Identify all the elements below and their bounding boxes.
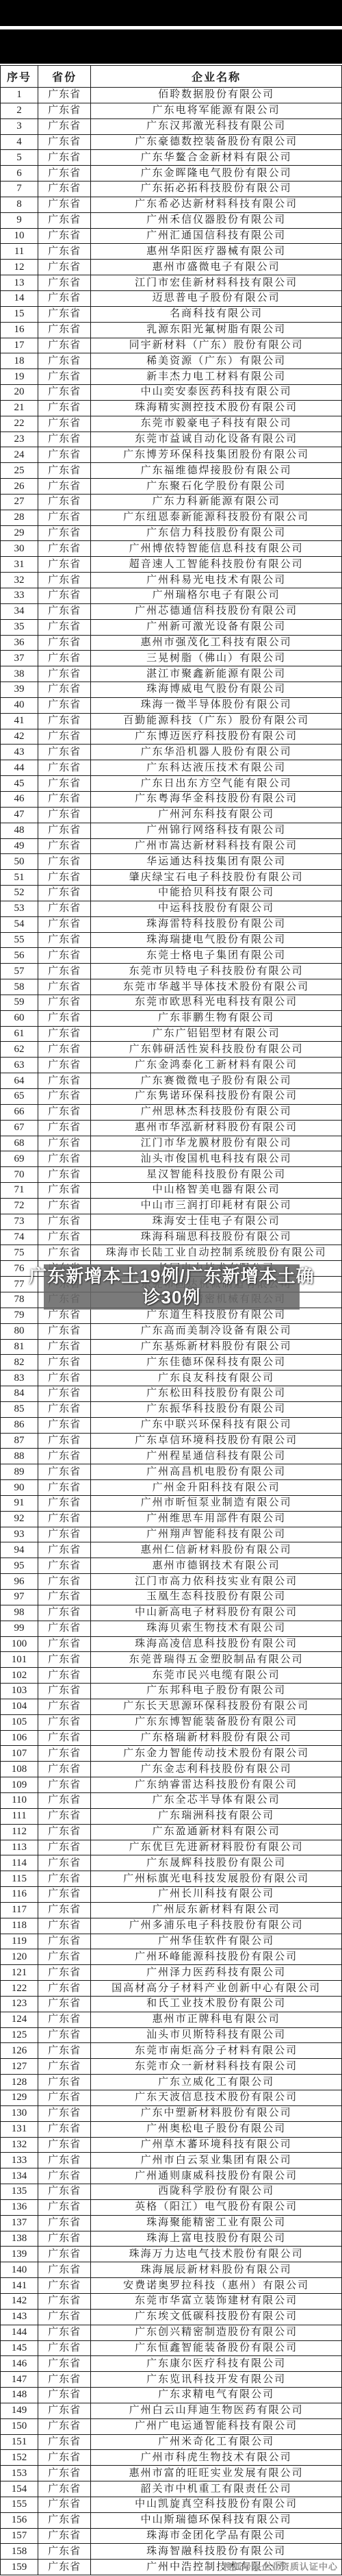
- row-no: 151: [1, 2434, 38, 2450]
- row-company: 广东求精电气有限公司: [91, 2388, 342, 2403]
- row-company: 广州维思车用部件有限公司: [91, 1511, 342, 1527]
- row-province: 广东省: [38, 2340, 91, 2356]
- table-row: 109广东省广东纳睿雷达科技股份有限公司: [1, 1777, 342, 1793]
- row-no: 78: [1, 1292, 38, 1308]
- row-company: 江门市宏佳新材料科技有限公司: [91, 275, 342, 291]
- row-no: 30: [1, 541, 38, 557]
- table-row: 52广东省中能拾贝科技有限公司: [1, 886, 342, 901]
- table-row: 91广东省广州市昕恒泵业制造有限公司: [1, 1495, 342, 1511]
- table-row: 126广东省东莞市南炬高分子材料有限公司: [1, 2043, 342, 2059]
- row-no: 26: [1, 479, 38, 495]
- row-province: 广东省: [38, 1449, 91, 1464]
- row-province: 广东省: [38, 2012, 91, 2027]
- row-no: 97: [1, 1590, 38, 1605]
- row-province: 广东省: [38, 1042, 91, 1058]
- row-company: 珠海上富电技股份有限公司: [91, 2231, 342, 2247]
- table-row: 28广东省广东纽恩泰新能源科技股份有限公司: [1, 510, 342, 525]
- row-company: 乳源东阳光氟树脂有限公司: [91, 322, 342, 338]
- row-company: 中山凯旋真空科技股份有限公司: [91, 2497, 342, 2512]
- table-row: 113广东省广东优巨先进新材料股份有限公司: [1, 1840, 342, 1855]
- row-province: 广东省: [38, 2356, 91, 2372]
- table-row: 12广东省惠州市盛微电子有限公司: [1, 260, 342, 275]
- table-row: 18广东省稀美资源（广东）有限公司: [1, 353, 342, 369]
- row-no: 49: [1, 838, 38, 854]
- row-province: 广东省: [38, 1480, 91, 1496]
- row-company: 西陇科学股份有限公司: [91, 2184, 342, 2200]
- row-company: 广州程星通信科技有限公司: [91, 1449, 342, 1464]
- row-no: 111: [1, 1808, 38, 1824]
- table-row: 110广东省广东全芯半导体有限公司: [1, 1792, 342, 1808]
- row-province: 广东省: [38, 1323, 91, 1339]
- row-company: 东莞市欧思科光电科技有限公司: [91, 995, 342, 1010]
- row-no: 129: [1, 2090, 38, 2106]
- table-row: 70广东省星汉智能科技股份有限公司: [1, 1167, 342, 1183]
- row-company: 珠海高凌信息科技股份有限公司: [91, 1636, 342, 1652]
- row-company: 汕头市贝斯特科技有限公司: [91, 2027, 342, 2043]
- row-company: 惠州市强茂化工科技有限公司: [91, 635, 342, 651]
- article-screenshot: 序号 省份 企业名称 1广东省佰聆数据股份有限公司2广东省广东电将军能源有限公司…: [0, 0, 342, 2576]
- row-no: 120: [1, 1949, 38, 1965]
- row-province: 广东省: [38, 1949, 91, 1965]
- row-province: 广东省: [38, 1355, 91, 1371]
- row-province: 广东省: [38, 1699, 91, 1714]
- table-row: 83广东省广东良友科技有限公司: [1, 1371, 342, 1386]
- news-caption-line1: 广东新增本土19例/广东新增本土确: [29, 1266, 314, 1287]
- row-company: 广东科达液压技术有限公司: [91, 760, 342, 776]
- row-no: 107: [1, 1746, 38, 1762]
- table-row: 142广东省东莞市华富立装饰建材有限公司: [1, 2293, 342, 2309]
- row-company: 广东佳德环保科技有限公司: [91, 1355, 342, 1371]
- table-row: 58广东省东莞市华越半导体技术股份有限公司: [1, 979, 342, 995]
- row-province: 广东省: [38, 1574, 91, 1590]
- row-no: 20: [1, 385, 38, 401]
- row-company: 珠海雷特科技股份有限公司: [91, 916, 342, 932]
- row-province: 广东省: [38, 2450, 91, 2466]
- table-row: 19广东省新丰杰力电工材料有限公司: [1, 369, 342, 385]
- table-row: 25广东省广东福维德焊接股份有限公司: [1, 463, 342, 479]
- row-no: 35: [1, 619, 38, 635]
- row-province: 广东省: [38, 1808, 91, 1824]
- row-company: 广东良友科技有限公司: [91, 1371, 342, 1386]
- table-row: 111广东省广东瑞洲科技有限公司: [1, 1808, 342, 1824]
- row-no: 153: [1, 2466, 38, 2481]
- row-no: 124: [1, 2012, 38, 2027]
- row-no: 150: [1, 2418, 38, 2434]
- row-no: 152: [1, 2450, 38, 2466]
- row-no: 36: [1, 635, 38, 651]
- table-row: 49广东省广州市嵩达新材料科技有限公司: [1, 838, 342, 854]
- row-province: 广东省: [38, 212, 91, 228]
- row-company: 星汉智能科技股份有限公司: [91, 1167, 342, 1183]
- row-province: 广东省: [38, 948, 91, 964]
- table-row: 74广东省珠海科瑞思科技股份有限公司: [1, 1229, 342, 1245]
- row-company: 广州市科虎生物技术有限公司: [91, 2450, 342, 2466]
- table-row: 89广东省广州高昌机电股份有限公司: [1, 1464, 342, 1480]
- table-row: 64广东省广东赛微微电子股份有限公司: [1, 1073, 342, 1089]
- row-province: 广东省: [38, 1464, 91, 1480]
- row-company: 超音速人工智能科技股份有限公司: [91, 557, 342, 573]
- row-no: 138: [1, 2231, 38, 2247]
- row-company: 广东优巨先进新材料股份有限公司: [91, 1840, 342, 1855]
- table-row: 93广东省广州翔声智能科技有限公司: [1, 1527, 342, 1542]
- row-province: 广东省: [38, 432, 91, 447]
- table-row: 60广东省广东菲鹏生物有限公司: [1, 1010, 342, 1026]
- row-company: 东莞市众一新材料科技有限公司: [91, 2059, 342, 2075]
- row-company: 同宇新材料（广东）股份有限公司: [91, 338, 342, 353]
- row-company: 广东信力科技股份有限公司: [91, 525, 342, 541]
- row-company: 珠海博威电气股份有限公司: [91, 682, 342, 698]
- table-row: 66广东省广州思林杰科技股份有限公司: [1, 1104, 342, 1120]
- row-no: 90: [1, 1480, 38, 1496]
- row-province: 广东省: [38, 1542, 91, 1558]
- row-no: 64: [1, 1073, 38, 1089]
- row-province: 广东省: [38, 1120, 91, 1136]
- row-province: 广东省: [38, 385, 91, 401]
- row-no: 86: [1, 1417, 38, 1433]
- table-row: 84广东省广东松田科技股份有限公司: [1, 1386, 342, 1402]
- table-row: 31广东省超音速人工智能科技股份有限公司: [1, 557, 342, 573]
- row-province: 广东省: [38, 1652, 91, 1668]
- row-no: 81: [1, 1339, 38, 1355]
- row-province: 广东省: [38, 2325, 91, 2340]
- table-row: 9广东省广州禾信仪器股份有限公司: [1, 212, 342, 228]
- row-company: 广州锦行网络科技有限公司: [91, 823, 342, 838]
- row-company: 广州标旗光电科技发展股份有限公司: [91, 1871, 342, 1887]
- table-row: 106广东省广东格瑞新材料股份有限公司: [1, 1730, 342, 1746]
- row-no: 8: [1, 197, 38, 212]
- table-row: 115广东省广州标旗光电科技发展股份有限公司: [1, 1871, 342, 1887]
- row-province: 广东省: [38, 416, 91, 432]
- row-company: 广东隽诺环保科技股份有限公司: [91, 1089, 342, 1105]
- row-company: 惠州市华泓新材料股份有限公司: [91, 1120, 342, 1136]
- row-company: 汕头市俊国机电科技有限公司: [91, 1151, 342, 1167]
- row-company: 东莞市华富立装饰建材有限公司: [91, 2293, 342, 2309]
- table-row: 80广东省广东高而美制冷设备有限公司: [1, 1323, 342, 1339]
- row-company: 广州长川科技有限公司: [91, 1887, 342, 1903]
- row-province: 广东省: [38, 1918, 91, 1934]
- row-no: 7: [1, 182, 38, 197]
- row-province: 广东省: [38, 964, 91, 979]
- table-row: 107广东省广东金力智能传动技术股份有限公司: [1, 1746, 342, 1762]
- table-row: 138广东省珠海上富电技股份有限公司: [1, 2231, 342, 2247]
- row-no: 154: [1, 2481, 38, 2497]
- row-province: 广东省: [38, 2231, 91, 2247]
- row-province: 广东省: [38, 353, 91, 369]
- header-col-no: 序号: [1, 66, 38, 88]
- row-company: 广州河东科技有限公司: [91, 807, 342, 823]
- row-province: 广东省: [38, 1871, 91, 1887]
- row-no: 108: [1, 1762, 38, 1777]
- row-province: 广东省: [38, 1792, 91, 1808]
- table-row: 41广东省百勤能源科技（广东）股份有限公司: [1, 713, 342, 729]
- row-province: 广东省: [38, 290, 91, 306]
- row-company: 惠州市盛微电子有限公司: [91, 260, 342, 275]
- row-province: 广东省: [38, 1981, 91, 1997]
- row-no: 156: [1, 2512, 38, 2528]
- row-company: 广东天波信息技术股份有限公司: [91, 2090, 342, 2106]
- row-no: 79: [1, 1308, 38, 1323]
- table-row: 157广东省珠海市金团化学品有限公司: [1, 2528, 342, 2544]
- row-no: 51: [1, 870, 38, 886]
- row-province: 广东省: [38, 2434, 91, 2450]
- row-province: 广东省: [38, 1902, 91, 1918]
- row-no: 80: [1, 1323, 38, 1339]
- row-province: 广东省: [38, 901, 91, 916]
- table-row: 71广东省中山格智美电器有限公司: [1, 1183, 342, 1199]
- table-row: 90广东省广州金升阳科技有限公司: [1, 1480, 342, 1496]
- row-company: 广州高昌机电股份有限公司: [91, 1464, 342, 1480]
- table-row: 17广东省同宇新材料（广东）股份有限公司: [1, 338, 342, 353]
- row-province: 广东省: [38, 1730, 91, 1746]
- row-company: 广东华沿机器人股份有限公司: [91, 745, 342, 760]
- row-no: 109: [1, 1777, 38, 1793]
- row-province: 广东省: [38, 2168, 91, 2184]
- row-no: 27: [1, 494, 38, 510]
- row-company: 珠海精实测控技术股份有限公司: [91, 400, 342, 416]
- table-row: 23广东省东莞市益诚自动化设备有限公司: [1, 432, 342, 447]
- row-no: 131: [1, 2121, 38, 2137]
- table-row: 39广东省珠海博威电气股份有限公司: [1, 682, 342, 698]
- row-company: 广东晟辉科技股份有限公司: [91, 1855, 342, 1871]
- row-province: 广东省: [38, 1887, 91, 1903]
- row-company: 广州博依特智能信息科技有限公司: [91, 541, 342, 557]
- row-no: 29: [1, 525, 38, 541]
- row-no: 57: [1, 964, 38, 979]
- table-row: 92广东省广州维思车用部件有限公司: [1, 1511, 342, 1527]
- row-company: 广州环峰能源科技股份有限公司: [91, 1949, 342, 1965]
- row-no: 98: [1, 1605, 38, 1621]
- table-row: 148广东省广东求精电气有限公司: [1, 2388, 342, 2403]
- row-no: 43: [1, 745, 38, 760]
- row-no: 132: [1, 2137, 38, 2153]
- row-no: 18: [1, 353, 38, 369]
- table-row: 45广东省广东日出东方空气能有限公司: [1, 776, 342, 792]
- row-company: 广东金鸿泰化工新材料有限公司: [91, 1058, 342, 1073]
- row-province: 广东省: [38, 275, 91, 291]
- row-company: 广东博迈医疗科技股份有限公司: [91, 729, 342, 745]
- table-row: 16广东省乳源东阳光氟树脂有限公司: [1, 322, 342, 338]
- table-row: 65广东省广东隽诺环保科技股份有限公司: [1, 1089, 342, 1105]
- row-no: 136: [1, 2199, 38, 2215]
- row-no: 112: [1, 1824, 38, 1840]
- row-company: 百勤能源科技（广东）股份有限公司: [91, 713, 342, 729]
- row-province: 广东省: [38, 2560, 91, 2575]
- row-province: 广东省: [38, 197, 91, 212]
- row-no: 61: [1, 1026, 38, 1042]
- table-row: 33广东省广州瑞格尔电子有限公司: [1, 588, 342, 604]
- row-no: 126: [1, 2043, 38, 2059]
- row-company: 广东汉邦激光科技有限公司: [91, 118, 342, 134]
- row-company: 东莞市贝特电子科技股份有限公司: [91, 964, 342, 979]
- row-province: 广东省: [38, 1214, 91, 1229]
- row-company: 珠海展辰新材料股份有限公司: [91, 2262, 342, 2278]
- row-company: 广东韩研活性炭科技股份有限公司: [91, 1042, 342, 1058]
- row-no: 143: [1, 2309, 38, 2325]
- row-company: 惠州市德钢技术有限公司: [91, 1558, 342, 1574]
- row-no: 83: [1, 1371, 38, 1386]
- table-row: 146广东省广东康尔医疗科技有限公司: [1, 2356, 342, 2372]
- table-row: 132广东省广州草木蕃环境科技有限公司: [1, 2137, 342, 2153]
- table-row: 7广东省广东拓必拓科技股份有限公司: [1, 182, 342, 197]
- row-province: 广东省: [38, 979, 91, 995]
- table-row: 34广东省广州芯德通信科技股份有限公司: [1, 603, 342, 619]
- row-province: 广东省: [38, 2512, 91, 2528]
- row-company: 珠海智融科技股份有限公司: [91, 2544, 342, 2560]
- row-no: 39: [1, 682, 38, 698]
- row-company: 广东创兴精密制造股份有限公司: [91, 2325, 342, 2340]
- row-province: 广东省: [38, 1245, 91, 1261]
- row-company: 广东道生科技股份有限公司: [91, 1308, 342, 1323]
- row-no: 95: [1, 1558, 38, 1574]
- row-province: 广东省: [38, 1934, 91, 1949]
- row-province: 广东省: [38, 1089, 91, 1105]
- row-province: 广东省: [38, 400, 91, 416]
- row-no: 74: [1, 1229, 38, 1245]
- row-province: 广东省: [38, 525, 91, 541]
- row-no: 65: [1, 1089, 38, 1105]
- row-no: 32: [1, 573, 38, 588]
- row-province: 广东省: [38, 1136, 91, 1151]
- row-province: 广东省: [38, 916, 91, 932]
- table-row: 43广东省广东华沿机器人股份有限公司: [1, 745, 342, 760]
- row-no: 88: [1, 1449, 38, 1464]
- row-province: 广东省: [38, 2184, 91, 2200]
- row-province: 广东省: [38, 1511, 91, 1527]
- row-no: 121: [1, 1965, 38, 1981]
- row-province: 广东省: [38, 697, 91, 713]
- row-no: 119: [1, 1934, 38, 1949]
- table-row: 119广东省广州华佳软件有限公司: [1, 1934, 342, 1949]
- header-col-province: 省份: [38, 66, 91, 88]
- row-company: 名商科技有限公司: [91, 306, 342, 322]
- row-no: 41: [1, 713, 38, 729]
- row-company: 广州思林杰科技股份有限公司: [91, 1104, 342, 1120]
- table-row: 48广东省广州锦行网络科技有限公司: [1, 823, 342, 838]
- row-no: 147: [1, 2372, 38, 2388]
- row-no: 5: [1, 150, 38, 166]
- table-row: 112广东省广东盈通新材料有限公司: [1, 1824, 342, 1840]
- row-province: 广东省: [38, 244, 91, 260]
- row-company: 广州白云山拜迪生物医药有限公司: [91, 2403, 342, 2418]
- table-row: 150广东省广州广电运通智能科技有限公司: [1, 2418, 342, 2434]
- table-row: 86广东省广东中联兴环保科技有限公司: [1, 1417, 342, 1433]
- row-province: 广东省: [38, 103, 91, 118]
- row-province: 广东省: [38, 603, 91, 619]
- table-row: 133广东省广州市白云泵业集团有限公司: [1, 2153, 342, 2168]
- row-no: 139: [1, 2247, 38, 2262]
- row-province: 广东省: [38, 2372, 91, 2388]
- row-company: 广东恒鑫智能装备股份有限公司: [91, 2340, 342, 2356]
- row-company: 广东高而美制冷设备有限公司: [91, 1323, 342, 1339]
- row-province: 广东省: [38, 1433, 91, 1449]
- row-no: 42: [1, 729, 38, 745]
- row-no: 37: [1, 651, 38, 666]
- row-company: 广东览讯科技开发有限公司: [91, 2372, 342, 2388]
- row-company: 广州瑞格尔电子有限公司: [91, 588, 342, 604]
- row-company: 广东格瑞新材料股份有限公司: [91, 1730, 342, 1746]
- row-no: 133: [1, 2153, 38, 2168]
- row-no: 155: [1, 2497, 38, 2512]
- table-row: 154广东省韶关市中机重工有限责任公司: [1, 2481, 342, 2497]
- table-row: 53广东省中运科技股份有限公司: [1, 901, 342, 916]
- table-row: 6广东省广东金晖隆电气股份有限公司: [1, 166, 342, 182]
- table-row: 122广东省国高材高分子材料产业创新中心有限公司: [1, 1981, 342, 1997]
- row-company: 玉凰生态科技股份有限公司: [91, 1590, 342, 1605]
- table-row: 121广东省广州泽力医药科技有限公司: [1, 1965, 342, 1981]
- row-province: 广东省: [38, 1183, 91, 1199]
- row-province: 广东省: [38, 2262, 91, 2278]
- row-province: 广东省: [38, 1198, 91, 1214]
- table-row: 143广东省广东埃文低碳科技股份有限公司: [1, 2309, 342, 2325]
- row-no: 128: [1, 2075, 38, 2090]
- table-row: 128广东省广东立威化工有限公司: [1, 2075, 342, 2090]
- row-company: 广东广铝铝型材有限公司: [91, 1026, 342, 1042]
- table-row: 38广东省湛江市聚鑫新能源有限公司: [1, 666, 342, 682]
- row-company: 中山格智美电器有限公司: [91, 1183, 342, 1199]
- row-province: 广东省: [38, 182, 91, 197]
- row-no: 22: [1, 416, 38, 432]
- row-province: 广东省: [38, 338, 91, 353]
- row-no: 34: [1, 603, 38, 619]
- row-province: 广东省: [38, 2497, 91, 2512]
- redacted-subtitle-block: [0, 29, 342, 64]
- row-no: 58: [1, 979, 38, 995]
- row-province: 广东省: [38, 228, 91, 244]
- row-no: 48: [1, 823, 38, 838]
- row-no: 117: [1, 1902, 38, 1918]
- table-row: 26广东省广东聚石化学股份有限公司: [1, 479, 342, 495]
- table-row: 104广东省广东长天思源环保科技股份有限公司: [1, 1699, 342, 1714]
- table-row: 131广东省广州奥松电子股份有限公司: [1, 2121, 342, 2137]
- row-company: 珠海一微半导体股份有限公司: [91, 697, 342, 713]
- row-company: 三晃树脂（佛山）有限公司: [91, 651, 342, 666]
- table-row: 72广东省中山市三润打印耗材有限公司: [1, 1198, 342, 1214]
- row-company: 广东福维德焊接股份有限公司: [91, 463, 342, 479]
- row-company: 珠海聚能精密工业有限公司: [91, 2215, 342, 2231]
- row-no: 47: [1, 807, 38, 823]
- row-company: 中山奕安泰医药科技有限公司: [91, 385, 342, 401]
- row-province: 广东省: [38, 713, 91, 729]
- table-row: 67广东省惠州市华泓新材料股份有限公司: [1, 1120, 342, 1136]
- row-province: 广东省: [38, 1010, 91, 1026]
- row-company: 广东松田科技股份有限公司: [91, 1386, 342, 1402]
- row-company: 江门市华龙膜材股份有限公司: [91, 1136, 342, 1151]
- table-row: 3广东省广东汉邦激光科技有限公司: [1, 118, 342, 134]
- row-company: 中山新高电子材料股份有限公司: [91, 1605, 342, 1621]
- row-company: 广州市嵩达新材料科技有限公司: [91, 838, 342, 854]
- row-province: 广东省: [38, 838, 91, 854]
- table-row: 85广东省广东振华科技股份有限公司: [1, 1401, 342, 1417]
- row-company: 珠海瑞捷电气股份有限公司: [91, 932, 342, 948]
- row-no: 96: [1, 1574, 38, 1590]
- table-row: 57广东省东莞市贝特电子科技股份有限公司: [1, 964, 342, 979]
- row-no: 115: [1, 1871, 38, 1887]
- row-province: 广东省: [38, 2481, 91, 2497]
- row-no: 50: [1, 854, 38, 870]
- row-no: 130: [1, 2105, 38, 2121]
- row-no: 15: [1, 306, 38, 322]
- row-company: 广东康尔医疗科技有限公司: [91, 2356, 342, 2372]
- table-row: 140广东省珠海展辰新材料股份有限公司: [1, 2262, 342, 2278]
- row-province: 广东省: [38, 1824, 91, 1840]
- row-no: 14: [1, 290, 38, 306]
- row-no: 158: [1, 2544, 38, 2560]
- row-province: 广东省: [38, 729, 91, 745]
- row-province: 广东省: [38, 1621, 91, 1636]
- row-company: 安费诺奥罗拉科技（惠州）有限公司: [91, 2278, 342, 2294]
- row-province: 广东省: [38, 2528, 91, 2544]
- row-province: 广东省: [38, 745, 91, 760]
